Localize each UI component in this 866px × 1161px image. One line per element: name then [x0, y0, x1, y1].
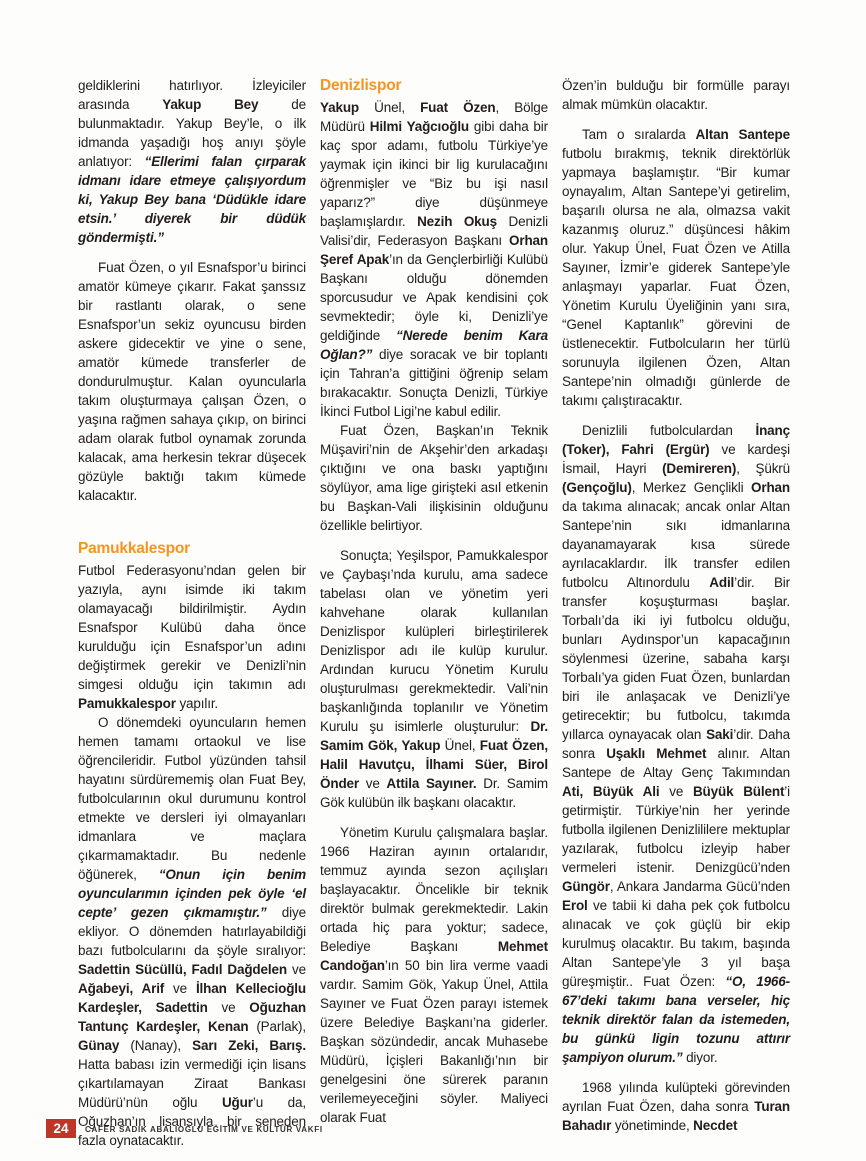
text-run: Futbol Federasyonu’ndan gelen bir yazıyl… — [78, 563, 306, 692]
text-run: Uğur — [222, 1095, 253, 1110]
text-run: Sarı Zeki, Barış. — [192, 1038, 306, 1053]
text-run: ve — [659, 784, 692, 799]
page-footer: 24 CAFER SADIK ABALIOĞLU EĞİTİM VE KÜLTÜ… — [0, 1117, 866, 1141]
article-paragraph: geldiklerini hatırlıyor. İzleyiciler ara… — [78, 76, 306, 247]
text-run: Saki — [706, 727, 733, 742]
magazine-page: geldiklerini hatırlıyor. İzleyiciler ara… — [0, 0, 866, 1161]
article-paragraph: Fuat Özen, o yıl Esnafspor’u birinci ama… — [78, 258, 306, 505]
text-run: Nezih Okuş — [417, 214, 497, 229]
text-run: Sonuçta; Yeşilspor, Pamukkalespor ve Çay… — [320, 548, 548, 734]
text-run: gibi daha bir kaç spor adamı, futbolu Tü… — [320, 119, 548, 229]
article-paragraph: Tam o sıralarda Altan Santepe futbolu bı… — [562, 125, 790, 410]
text-run: Büyük Bülent — [693, 784, 784, 799]
article-column: geldiklerini hatırlıyor. İzleyiciler ara… — [78, 76, 306, 1150]
text-run: ve — [208, 1000, 250, 1015]
article-paragraph: Sonuçta; Yeşilspor, Pamukkalespor ve Çay… — [320, 546, 548, 812]
text-run: Ağabeyi, Arif — [78, 981, 164, 996]
text-run: Ünel, — [359, 100, 420, 115]
article-paragraph: Futbol Federasyonu’ndan gelen bir yazıyl… — [78, 561, 306, 713]
text-run: Pamukkalespor — [78, 696, 176, 711]
text-run: Ati, Büyük Ali — [562, 784, 659, 799]
text-run: ve — [359, 776, 386, 791]
text-run: ve — [287, 962, 306, 977]
article-columns: geldiklerini hatırlıyor. İzleyiciler ara… — [78, 76, 790, 1150]
text-run: Sadettin Sücüllü, Fadıl Dağdelen — [78, 962, 287, 977]
text-run: (Gençoğlu) — [562, 480, 632, 495]
text-run: futbolu bırakmış, teknik direktörlük yap… — [562, 146, 790, 408]
article-paragraph: Özen’in bulduğu bir formülle parayı alma… — [562, 76, 790, 114]
text-run: Günay — [78, 1038, 119, 1053]
text-run: Orhan — [751, 480, 790, 495]
article-column: DenizlisporYakup Ünel, Fuat Özen, Bölge … — [320, 76, 548, 1150]
text-run: ’ın 50 bin lira verme vaadi vardır. Sami… — [320, 958, 548, 1125]
text-run: Denizlili futbolculardan — [582, 423, 755, 438]
text-run: yapılır. — [176, 696, 218, 711]
text-run: (Parlak), — [248, 1019, 306, 1034]
text-run: Ünel, — [440, 738, 479, 753]
article-paragraph: Denizlili futbolculardan İnanç (Toker), … — [562, 421, 790, 1067]
text-run: Adil — [709, 575, 734, 590]
article-paragraph: Yönetim Kurulu çalışmalara başlar. 1966 … — [320, 823, 548, 1127]
text-run: , Merkez Gençlikli — [632, 480, 751, 495]
article-column: Özen’in bulduğu bir formülle parayı alma… — [562, 76, 790, 1150]
text-run: diyor. — [682, 1050, 717, 1065]
text-run: Fuat Özen, o yıl Esnafspor’u birinci ama… — [78, 260, 306, 503]
text-run: Güngör — [562, 879, 610, 894]
text-run: Hilmi Yağcıoğlu — [370, 119, 469, 134]
text-run: Yönetim Kurulu çalışmalara başlar. 1966 … — [320, 825, 548, 954]
text-run: ’dir. Bir transfer koşuşturması başlar. … — [562, 575, 790, 742]
article-paragraph: O dönemdeki oyuncuların hemen hemen tama… — [78, 713, 306, 1150]
text-run: Uşaklı Mehmet — [606, 746, 706, 761]
section-heading: Pamukkalespor — [78, 539, 306, 558]
text-run: Tam o sıralarda — [582, 127, 696, 142]
article-paragraph: Yakup Ünel, Fuat Özen, Bölge Müdürü Hilm… — [320, 98, 548, 421]
text-run: Erol — [562, 898, 588, 913]
text-run: , Ankara Jandarma Gücü’nden — [610, 879, 790, 894]
text-run: Attila Sayıner. — [386, 776, 476, 791]
text-run: Yakup — [320, 100, 359, 115]
text-run: Altan Santepe — [696, 127, 790, 142]
text-run: (Demireren) — [662, 461, 736, 476]
text-run: Özen’in bulduğu bir formülle parayı alma… — [562, 78, 790, 112]
page-number-badge: 24 — [46, 1119, 76, 1138]
text-run: , Şükrü — [736, 461, 790, 476]
text-run: (Nanay), — [119, 1038, 192, 1053]
text-run: ve — [164, 981, 196, 996]
publisher-name: CAFER SADIK ABALIOĞLU EĞİTİM VE KÜLTÜR V… — [85, 1125, 323, 1134]
article-paragraph: Fuat Özen, Başkan’ın Teknik Müşaviri’nin… — [320, 421, 548, 535]
text-run: Fuat Özen — [420, 100, 495, 115]
text-run: O dönemdeki oyuncuların hemen hemen tama… — [78, 715, 306, 882]
section-heading: Denizlispor — [320, 76, 548, 95]
text-run: Yakup Bey — [162, 97, 258, 112]
text-run: Fuat Özen, Başkan’ın Teknik Müşaviri’nin… — [320, 423, 548, 533]
